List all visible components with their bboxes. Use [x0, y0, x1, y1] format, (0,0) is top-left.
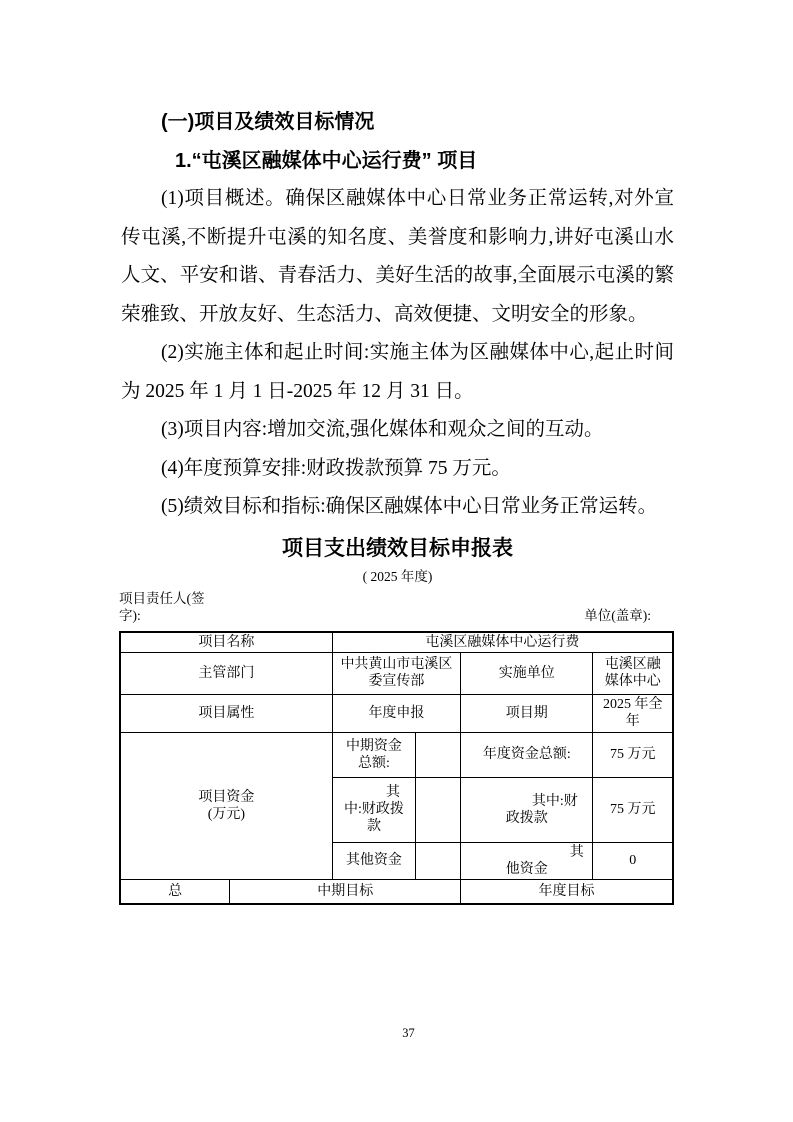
- table-row: 项目名称 屯溪区融媒体中心运行费: [120, 632, 673, 653]
- cell-annual-other-value: 0: [593, 842, 673, 879]
- responsible-person-label: 项目责任人(签 字):: [119, 590, 205, 625]
- paragraph-overview: (1)项目概述。确保区融媒体中心日常业务正常运转,对外宣传屯溪,不断提升屯溪的知…: [121, 180, 674, 334]
- signature-row: 项目责任人(签 字): 单位(盖章):: [119, 590, 768, 625]
- cell-attribute-label: 项目属性: [120, 694, 332, 732]
- paragraph-subject-timeline: (2)实施主体和起止时间:实施主体为区融媒体中心,起止时间为 2025 年 1 …: [121, 334, 674, 411]
- cell-mid-fiscal-value: [416, 777, 461, 842]
- cell-period-value: 2025 年全 年: [593, 694, 673, 732]
- cell-mid-other-value: [416, 842, 461, 879]
- table-row: 项目资金 (万元) 中期资金 总额: 年度资金总额: 75 万元: [120, 732, 673, 777]
- cell-total-label: 总: [120, 879, 230, 904]
- document-body: (一)项目及绩效目标情况 1.“屯溪区融媒体中心运行费” 项目 (1)项目概述。…: [121, 103, 674, 905]
- cell-mid-fiscal-label: 其 中:财政拨 款: [332, 777, 415, 842]
- form-title: 项目支出绩效目标申报表: [121, 531, 674, 567]
- cell-annual-goal-label: 年度目标: [461, 879, 673, 904]
- project-heading: 1.“屯溪区融媒体中心运行费” 项目: [121, 142, 674, 181]
- cell-dept-value: 中共黄山市屯溪区 委宣传部: [332, 652, 460, 694]
- cell-dept-label: 主管部门: [120, 652, 332, 694]
- cell-mid-goal-label: 中期目标: [230, 879, 461, 904]
- cell-mid-other-label: 其他资金: [332, 842, 415, 879]
- cell-project-name-value: 屯溪区融媒体中心运行费: [332, 632, 673, 653]
- cell-annual-total-value: 75 万元: [593, 732, 673, 777]
- page-number: 37: [0, 1026, 793, 1041]
- table-row: 总 中期目标 年度目标: [120, 879, 673, 904]
- cell-funds-label: 项目资金 (万元): [120, 732, 332, 879]
- cell-mid-total-value: [416, 732, 461, 777]
- document-page: (一)项目及绩效目标情况 1.“屯溪区融媒体中心运行费” 项目 (1)项目概述。…: [0, 0, 793, 1122]
- cell-period-label: 项目期: [461, 694, 593, 732]
- section-heading: (一)项目及绩效目标情况: [121, 103, 674, 142]
- cell-annual-fiscal-label: 其中:财 政拨款: [461, 777, 593, 842]
- table-row: 主管部门 中共黄山市屯溪区 委宣传部 实施单位 屯溪区融 媒体中心: [120, 652, 673, 694]
- paragraph-budget: (4)年度预算安排:财政拨款预算 75 万元。: [121, 450, 674, 489]
- cell-impl-unit-value: 屯溪区融 媒体中心: [593, 652, 673, 694]
- cell-impl-unit-label: 实施单位: [461, 652, 593, 694]
- cell-annual-other-label: 其 他资金: [461, 842, 593, 879]
- paragraph-content: (3)项目内容:增加交流,强化媒体和观众之间的互动。: [121, 411, 674, 450]
- paragraph-performance: (5)绩效目标和指标:确保区融媒体中心日常业务正常运转。: [121, 488, 674, 527]
- table-row: 项目属性 年度申报 项目期 2025 年全 年: [120, 694, 673, 732]
- unit-seal-label: 单位(盖章):: [584, 607, 651, 625]
- performance-target-table: 项目名称 屯溪区融媒体中心运行费 主管部门 中共黄山市屯溪区 委宣传部 实施单位…: [119, 631, 674, 906]
- cell-project-name-label: 项目名称: [120, 632, 332, 653]
- cell-attribute-value: 年度申报: [332, 694, 460, 732]
- cell-mid-total-label: 中期资金 总额:: [332, 732, 415, 777]
- cell-annual-fiscal-value: 75 万元: [593, 777, 673, 842]
- cell-annual-total-label: 年度资金总额:: [461, 732, 593, 777]
- form-subtitle: ( 2025 年度): [121, 567, 674, 587]
